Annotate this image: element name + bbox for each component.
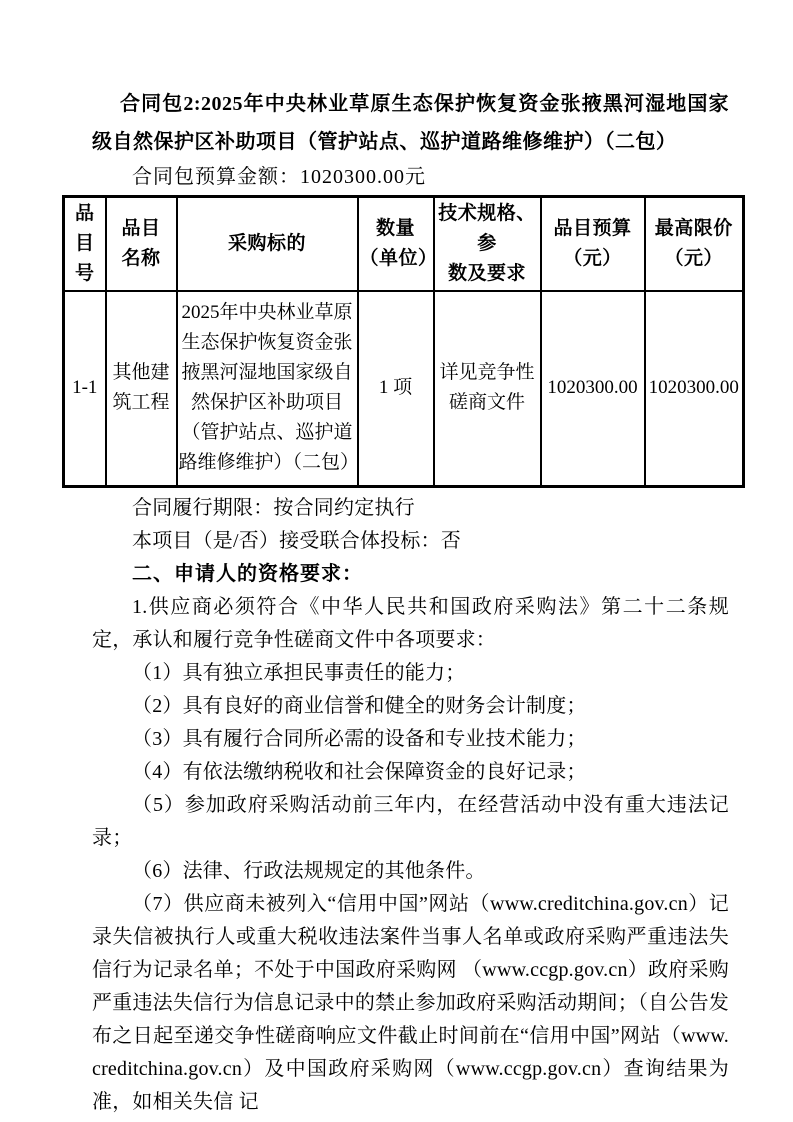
requirement-item-4: （4）有依法缴纳税收和社会保障资金的良好记录； xyxy=(92,756,729,789)
requirement-item-7: （7）供应商未被列入“信用中国”网站（www.creditchina.gov.c… xyxy=(92,888,729,1119)
header-item-name: 品目 名称 xyxy=(106,197,177,292)
cell-tech-spec: 详见竞争性磋商文件 xyxy=(434,291,541,486)
header-max-price: 最高限价 （元） xyxy=(645,197,744,292)
cell-max-price: 1020300.00 xyxy=(645,291,744,486)
header-item-budget: 品目预算 （元） xyxy=(541,197,645,292)
header-quantity: 数量 （单位） xyxy=(358,197,434,292)
header-subject: 采购标的 xyxy=(177,197,358,292)
cell-item-name: 其他建筑工程 xyxy=(106,291,177,486)
header-tech-spec: 技术规格、参 数及要求 xyxy=(434,197,541,292)
table-header-row: 品目 号 品目 名称 采购标的 数量 （单位） 技术规格、参 数及要求 品目预算… xyxy=(64,197,744,292)
requirement-item-5: （5）参加政府采购活动前三年内，在经营活动中没有重大违法记录； xyxy=(92,789,729,855)
requirement-item-6: （6）法律、行政法规规定的其他条件。 xyxy=(92,855,729,888)
budget-amount-line: 合同包预算金额：1020300.00元 xyxy=(92,161,729,193)
page-title: 合同包2:2025年中央林业草原生态保护恢复资金张掖黑河湿地国家级自然保护区补助… xyxy=(92,85,729,161)
cell-item-no: 1-1 xyxy=(64,291,106,486)
document-page: 合同包2:2025年中央林业草原生态保护恢复资金张掖黑河湿地国家级自然保护区补助… xyxy=(0,0,793,1122)
table-row: 1-1 其他建筑工程 2025年中央林业草原生态保护恢复资金张掖黑河湿地国家级自… xyxy=(64,291,744,486)
cell-item-budget: 1020300.00 xyxy=(541,291,645,486)
header-item-no: 品目 号 xyxy=(64,197,106,292)
requirement-item-2: （2）具有良好的商业信誉和健全的财务会计制度； xyxy=(92,690,729,723)
procurement-items-table: 品目 号 品目 名称 采购标的 数量 （单位） 技术规格、参 数及要求 品目预算… xyxy=(62,195,745,488)
requirement-item-3: （3）具有履行合同所必需的设备和专业技术能力； xyxy=(92,723,729,756)
qualification-section-heading: 二、申请人的资格要求： xyxy=(92,558,729,591)
cell-quantity: 1 项 xyxy=(358,291,434,486)
cell-subject: 2025年中央林业草原生态保护恢复资金张掖黑河湿地国家级自然保护区补助项目（管护… xyxy=(177,291,358,486)
consortium-bid-line: 本项目（是/否）接受联合体投标：否 xyxy=(92,525,729,558)
qualification-intro: 1.供应商必须符合《中华人民共和国政府采购法》第二十二条规定，承认和履行竞争性磋… xyxy=(92,591,729,657)
body-text-section: 合同履行期限：按合同约定执行 本项目（是/否）接受联合体投标：否 二、申请人的资… xyxy=(92,492,729,1119)
requirement-item-1: （1）具有独立承担民事责任的能力； xyxy=(92,657,729,690)
contract-period-line: 合同履行期限：按合同约定执行 xyxy=(92,492,729,525)
